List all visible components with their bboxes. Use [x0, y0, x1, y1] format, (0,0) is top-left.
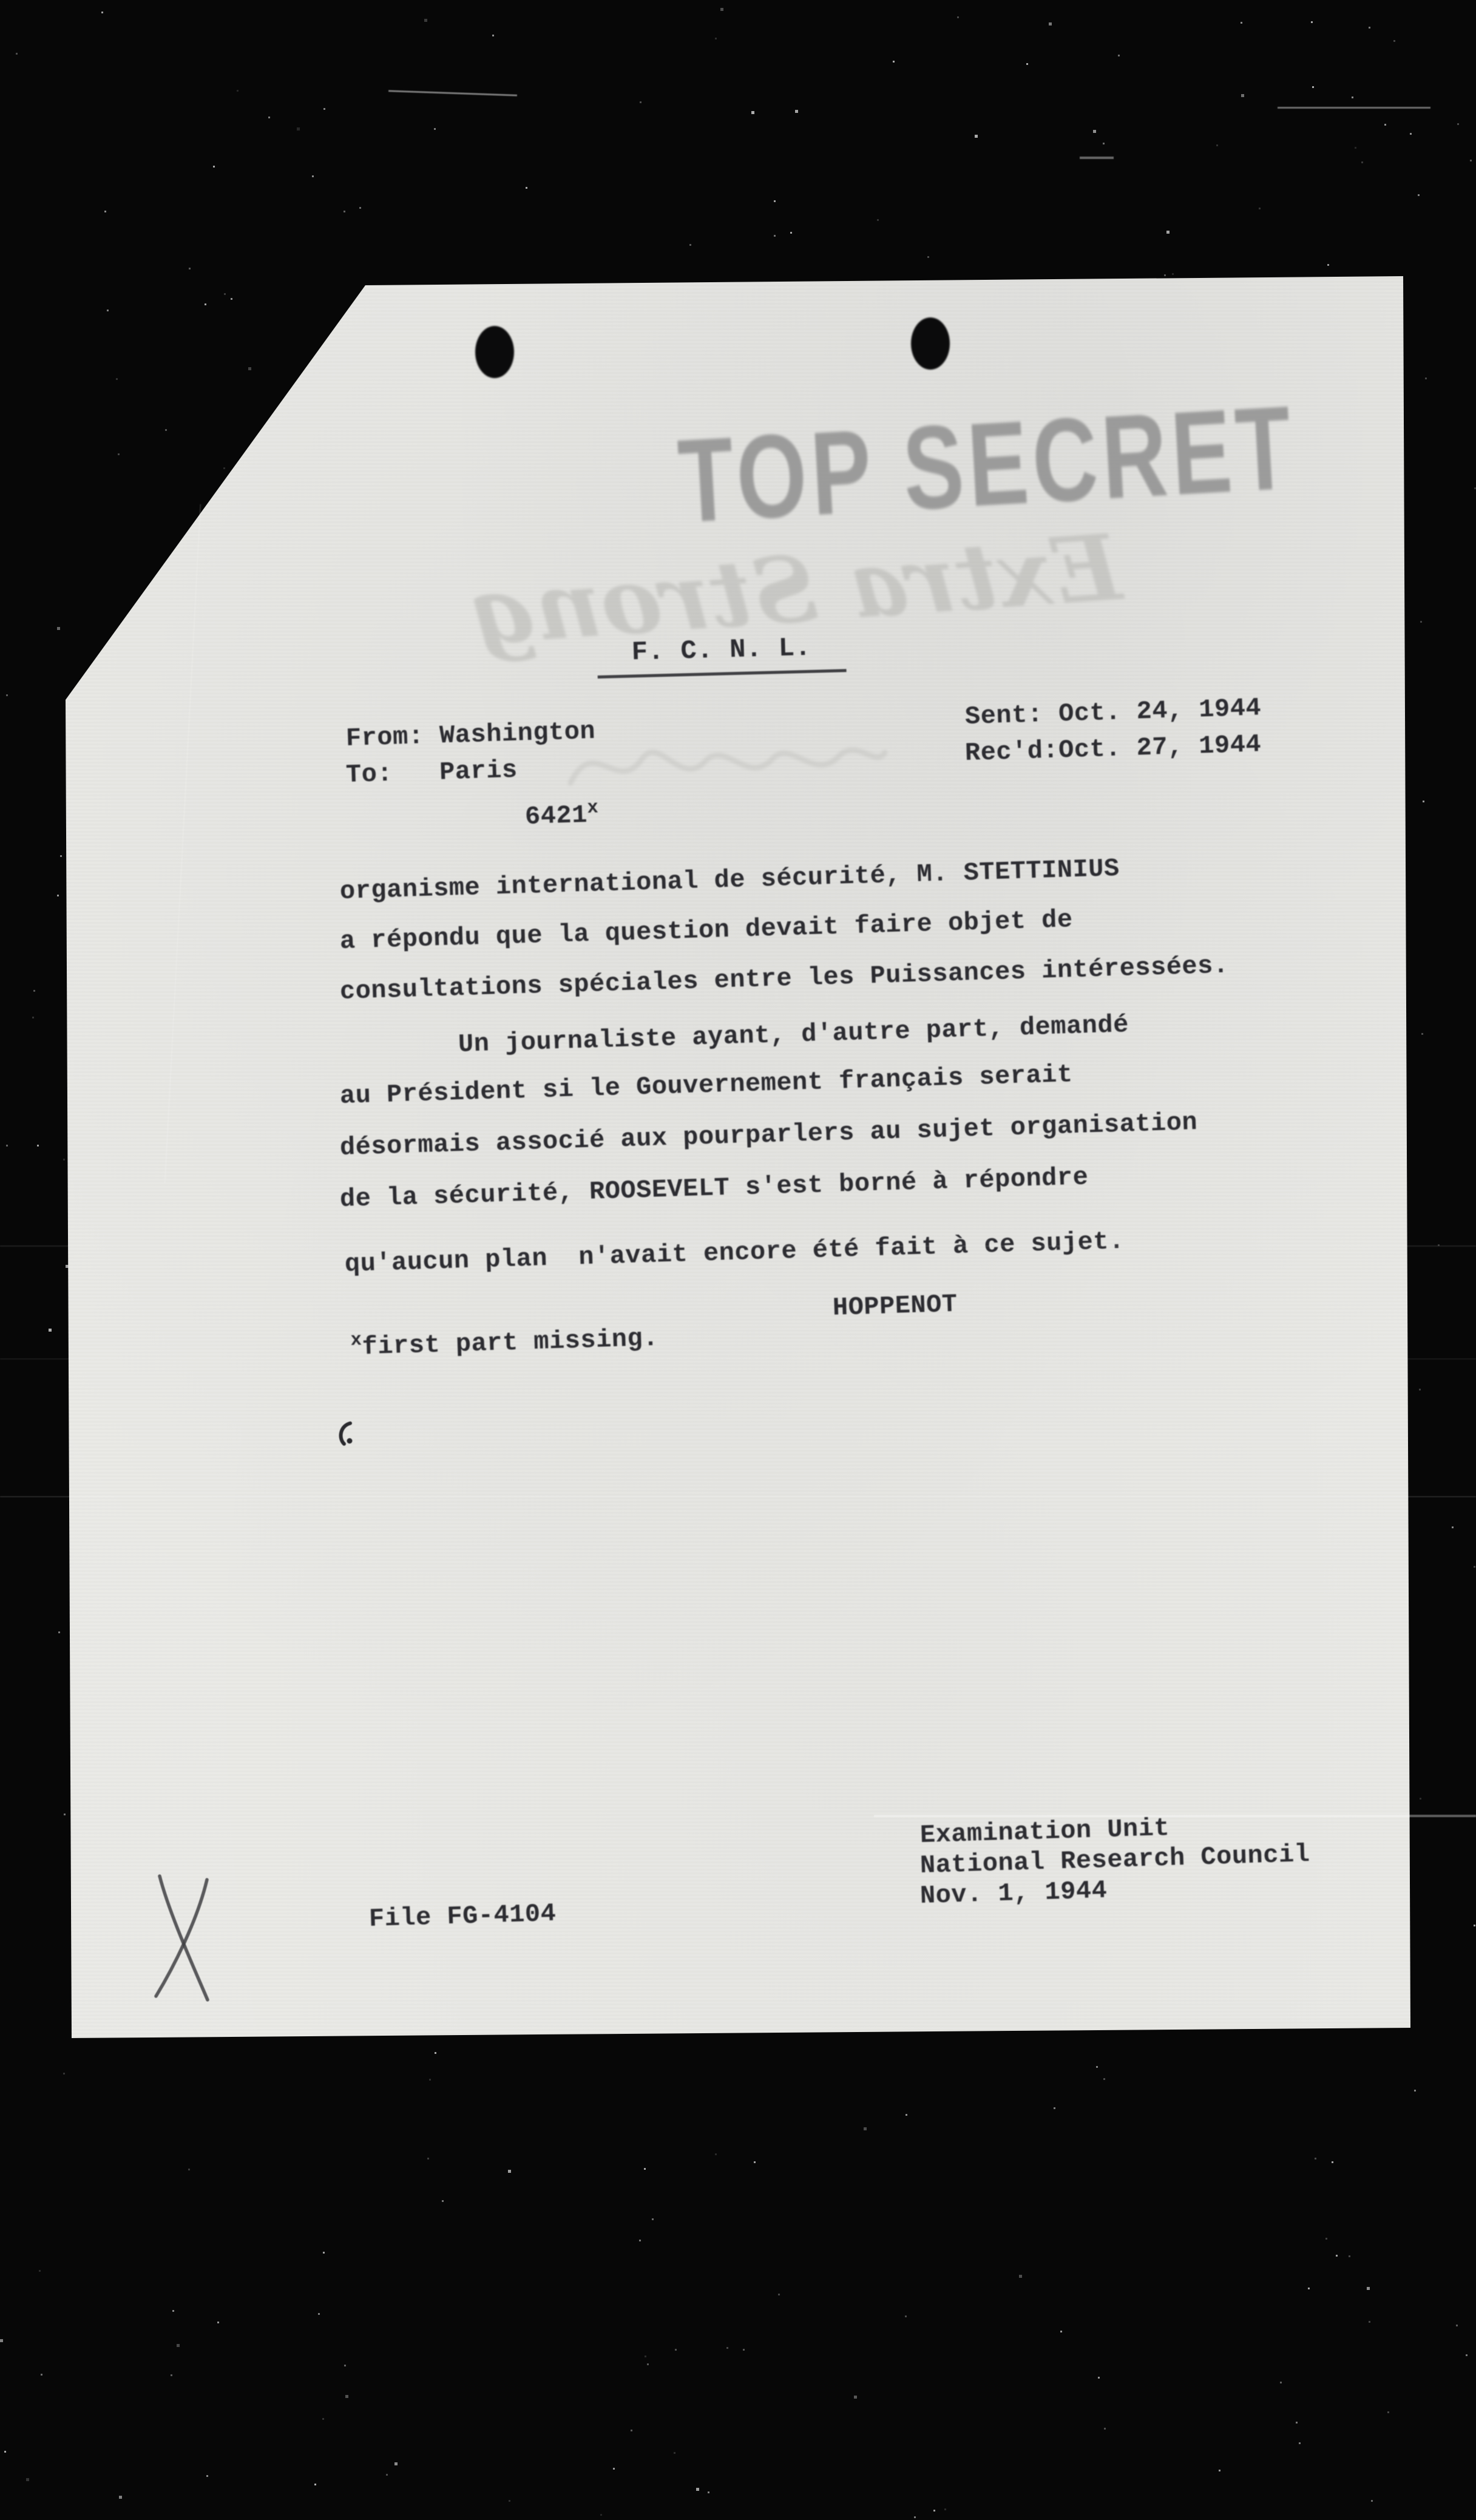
document-paper: TOP SECRET Extra Strong F. C. N. L. From… — [66, 276, 1410, 2038]
body-line: consultations spéciales entre les Puissa… — [339, 953, 1229, 1004]
body-line: au Président si le Gouvernement français… — [339, 1062, 1073, 1109]
footnote-mark: x — [350, 1330, 362, 1351]
message-number-note-mark: x — [587, 798, 599, 819]
handwriting-bleedthrough-small — [563, 725, 891, 804]
top-secret-stamp: TOP SECRET — [675, 385, 1361, 541]
scratch-artifact — [388, 90, 517, 96]
scratch-artifact — [1080, 157, 1114, 159]
from-line: From: Washington — [345, 719, 595, 751]
body-line: Un journaliste ayant, d'autre part, dema… — [458, 1012, 1129, 1057]
raster-streak — [0, 1496, 1476, 1497]
office-line: Examination Unit — [919, 1815, 1170, 1848]
dust-speckles — [0, 0, 1, 1]
body-line: organisme international de sécurité, M. … — [339, 856, 1120, 904]
punch-hole-left — [475, 326, 514, 378]
body-line: a répondu que la question devait faire o… — [339, 907, 1073, 954]
footnote: xfirst part missing. — [350, 1323, 658, 1360]
raster-streak — [0, 1358, 1476, 1360]
received-date-line: Rec'd:Oct. 27, 1944 — [964, 732, 1261, 766]
message-number: 6421x — [524, 799, 599, 830]
raster-streak — [0, 1245, 1476, 1247]
punch-hole-right — [911, 317, 950, 370]
signature: HOPPENOT — [832, 1292, 958, 1321]
footnote-text: first part missing. — [362, 1324, 659, 1361]
sent-date-line: Sent: Oct. 24, 1944 — [964, 696, 1261, 730]
scratch-artifact — [1278, 107, 1430, 109]
body-line: désormais associé aux pourparlers au suj… — [339, 1109, 1197, 1160]
to-line: To: Paris — [345, 757, 518, 788]
document-heading: F. C. N. L. — [597, 634, 847, 679]
photostat-scan: TOP SECRET Extra Strong F. C. N. L. From… — [0, 0, 1476, 2520]
ink-blotch — [335, 1420, 357, 1448]
body-line: de la sécurité, ROOSEVELT s'est borné à … — [339, 1164, 1088, 1212]
file-number: File FG-4104 — [368, 1901, 557, 1932]
message-number-value: 6421 — [524, 801, 587, 832]
office-line: Nov. 1, 1944 — [919, 1878, 1108, 1909]
raster-streak — [874, 1815, 1476, 1817]
pencil-x-mark — [149, 1871, 218, 2003]
body-line: qu'aucun plan n'avait encore été fait à … — [344, 1228, 1125, 1277]
